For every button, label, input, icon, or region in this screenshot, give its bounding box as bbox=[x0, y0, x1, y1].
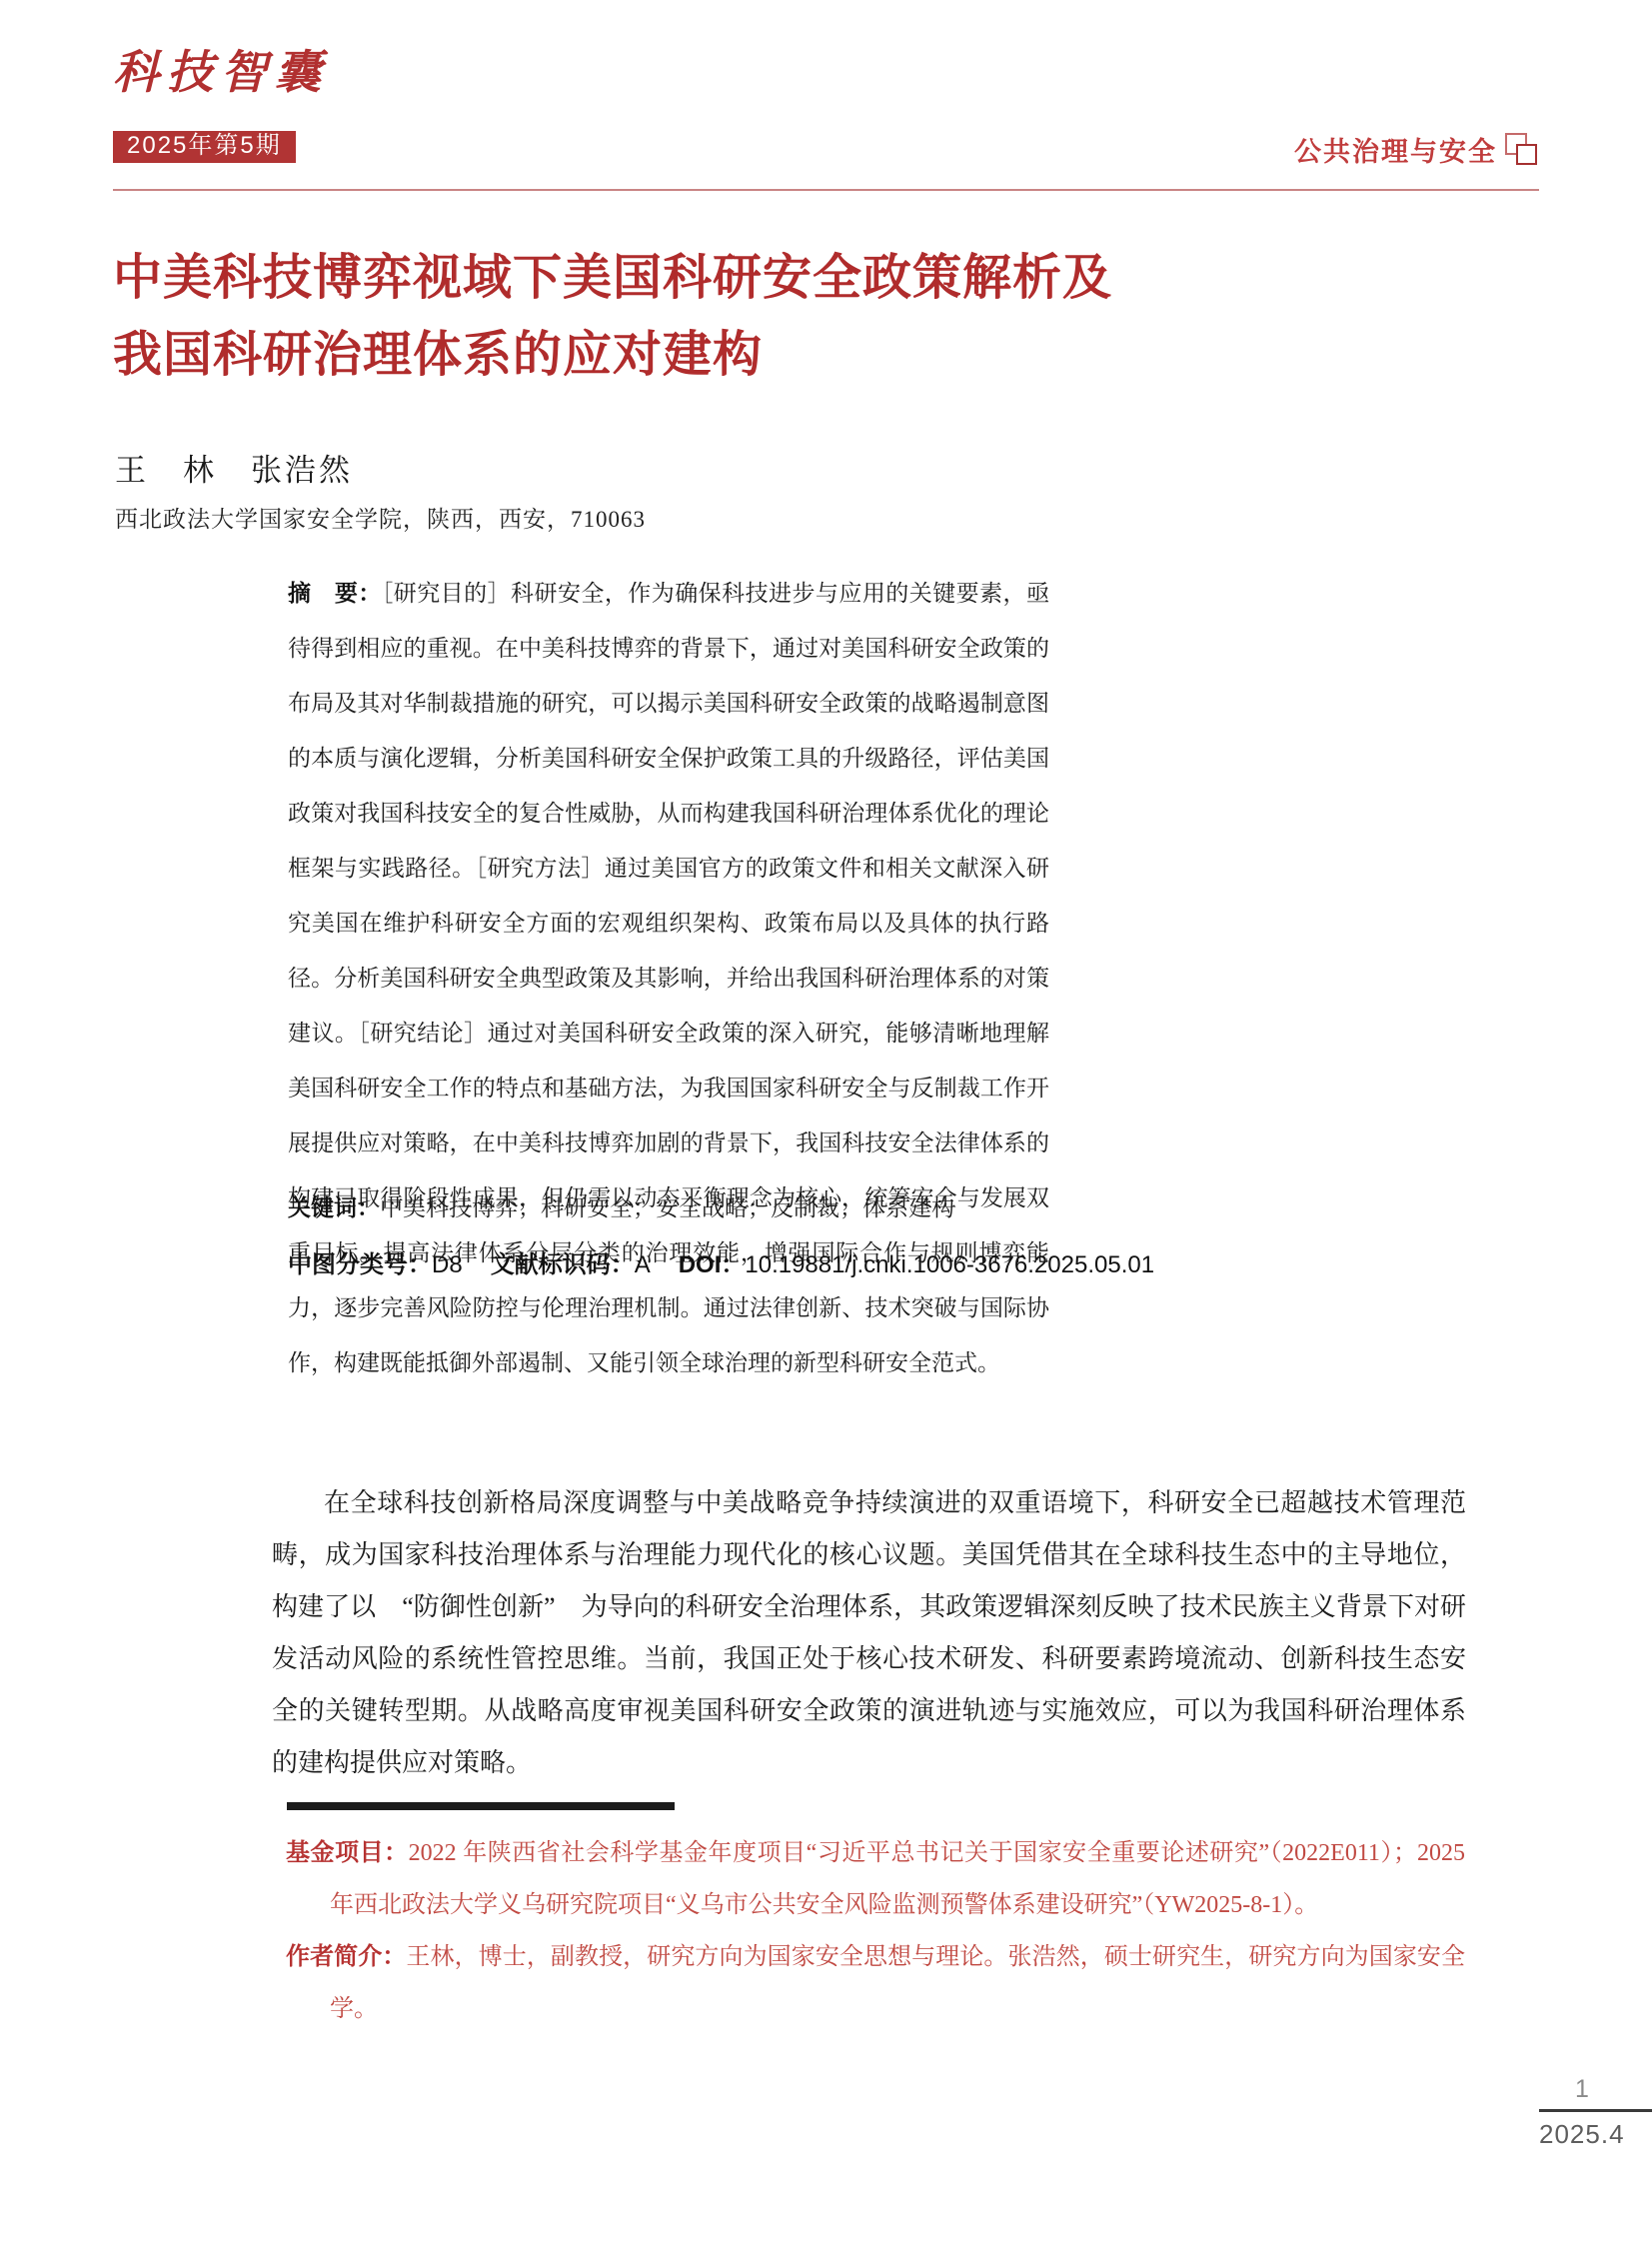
author-bio-note: 作者简介：王林，博士，副教授，研究方向为国家安全思想与理论。张浩然，硕士研究生，… bbox=[286, 1931, 1465, 2035]
footer-divider bbox=[1539, 2109, 1652, 2112]
author-bio-label: 作者简介： bbox=[286, 1943, 406, 1970]
fund-label: 基金项目： bbox=[286, 1839, 409, 1866]
clc-label: 中图分类号： bbox=[288, 1251, 432, 1278]
fund-note: 基金项目：2022 年陕西省社会科学基金年度项目“习近平总书记关于国家安全重要论… bbox=[286, 1827, 1465, 1931]
intro-paragraph: 在全球科技创新格局深度调整与中美战略竞争持续演进的双重语境下，科研安全已超越技术… bbox=[272, 1477, 1466, 1789]
issue-date: 2025.4 bbox=[1539, 2119, 1625, 2150]
doi-label: DOI： bbox=[679, 1251, 746, 1278]
classification-line: 中图分类号：D8文献标识码：ADOI：10.19881/j.cnki.1006-… bbox=[288, 1245, 1187, 1285]
section-header: 公共治理与安全 bbox=[1294, 130, 1539, 169]
keywords-text: 中美科技博弈；科研安全；安全战略；反制裁；体系建构 bbox=[380, 1195, 954, 1220]
clc-value: D8 bbox=[432, 1251, 463, 1278]
footnote-divider bbox=[287, 1802, 675, 1810]
authors: 王 林 张浩然 bbox=[115, 445, 353, 490]
page-number: 1 bbox=[1575, 2075, 1589, 2104]
doc-code-value: A bbox=[635, 1251, 651, 1278]
doc-code-label: 文献标识码： bbox=[491, 1251, 635, 1278]
overlapping-squares-icon bbox=[1505, 133, 1539, 167]
header-divider bbox=[113, 189, 1539, 191]
abstract-label: 摘 要： bbox=[288, 580, 382, 606]
issue-badge: 2025年第5期 bbox=[113, 131, 296, 163]
footnotes: 基金项目：2022 年陕西省社会科学基金年度项目“习近平总书记关于国家安全重要论… bbox=[286, 1827, 1465, 2035]
affiliation: 西北政法大学国家安全学院，陕西，西安，710063 bbox=[115, 501, 646, 534]
journal-page: 科技智囊 2025年第5期 公共治理与安全 中美科技博弈视域下美国科研安全政策解… bbox=[0, 0, 1652, 2243]
article-title-line1: 中美科技博弈视域下美国科研安全政策解析及 bbox=[113, 240, 1212, 317]
author-bio-text: 王林，博士，副教授，研究方向为国家安全思想与理论。张浩然，硕士研究生，研究方向为… bbox=[330, 1944, 1465, 2022]
fund-text: 2022 年陕西省社会科学基金年度项目“习近平总书记关于国家安全重要论述研究”（… bbox=[330, 1840, 1465, 1918]
keywords: 关键词：中美科技博弈；科研安全；安全战略；反制裁；体系建构 bbox=[288, 1187, 1147, 1228]
article-title-line2: 我国科研治理体系的应对建构 bbox=[113, 317, 1212, 394]
journal-logo: 科技智囊 bbox=[113, 36, 329, 102]
doi-value: 10.19881/j.cnki.1006-3676.2025.05.01 bbox=[745, 1251, 1154, 1278]
section-title: 公共治理与安全 bbox=[1294, 130, 1497, 169]
keywords-label: 关键词： bbox=[288, 1194, 380, 1220]
article-title: 中美科技博弈视域下美国科研安全政策解析及 我国科研治理体系的应对建构 bbox=[113, 240, 1212, 394]
